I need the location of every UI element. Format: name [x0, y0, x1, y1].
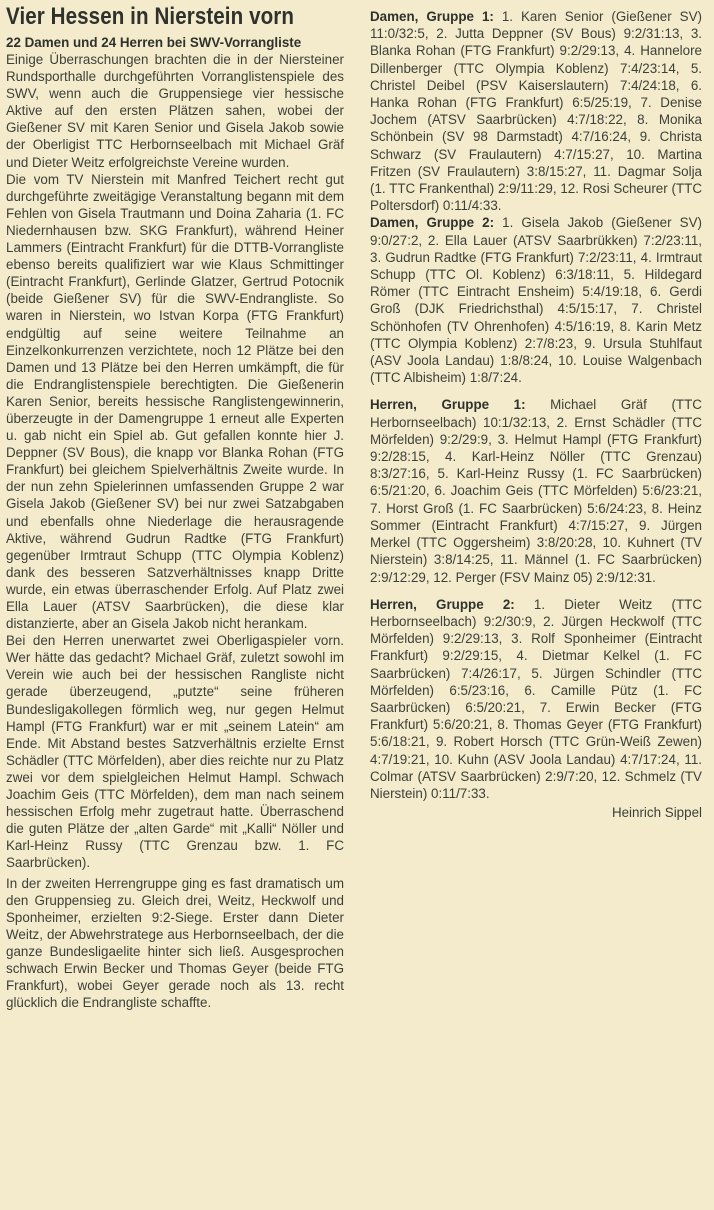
author-byline: Heinrich Sippel [370, 804, 702, 821]
results-text: 1. Karen Senior (Gießener SV) 11:0/32:5,… [370, 9, 702, 213]
results-column: Damen, Gruppe 1: 1. Karen Senior (Gießen… [370, 8, 702, 821]
results-label: Herren, Gruppe 1: [370, 397, 526, 412]
results-text: Michael Gräf (TTC Herbornseelbach) 10:1/… [370, 397, 702, 584]
results-label: Herren, Gruppe 2: [370, 597, 515, 612]
newspaper-clipping: Vier Hessen in Nierstein vorn 22 Damen u… [0, 0, 714, 1210]
article-paragraph: Einige Überraschungen brachten die in de… [6, 51, 344, 171]
results-label: Damen, Gruppe 1: [370, 9, 494, 24]
results-damen-gruppe-2: Damen, Gruppe 2: 1. Gisela Jakob (Gießen… [370, 214, 702, 386]
article-paragraph: In der zweiten Herrengruppe ging es fast… [6, 875, 344, 1012]
headline: Vier Hessen in Nierstein vorn [6, 2, 290, 32]
results-herren-gruppe-1: Herren, Gruppe 1: Michael Gräf (TTC Herb… [370, 396, 702, 585]
article-column: Vier Hessen in Nierstein vorn 22 Damen u… [6, 2, 344, 1011]
article-paragraph: Die vom TV Nierstein mit Manfred Teicher… [6, 171, 344, 633]
results-herren-gruppe-2: Herren, Gruppe 2: 1. Dieter Weitz (TTC H… [370, 596, 702, 802]
results-text: 1. Dieter Weitz (TTC Herbornseelbach) 9:… [370, 597, 702, 801]
subheadline: 22 Damen und 24 Herren bei SWV-Vorrangli… [6, 34, 344, 51]
results-damen-gruppe-1: Damen, Gruppe 1: 1. Karen Senior (Gießen… [370, 8, 702, 214]
results-label: Damen, Gruppe 2: [370, 215, 494, 230]
results-text: 1. Gisela Jakob (Gießener SV) 9:0/27:2, … [370, 215, 702, 385]
article-paragraph: Bei den Herren unerwartet zwei Oberligas… [6, 632, 344, 871]
